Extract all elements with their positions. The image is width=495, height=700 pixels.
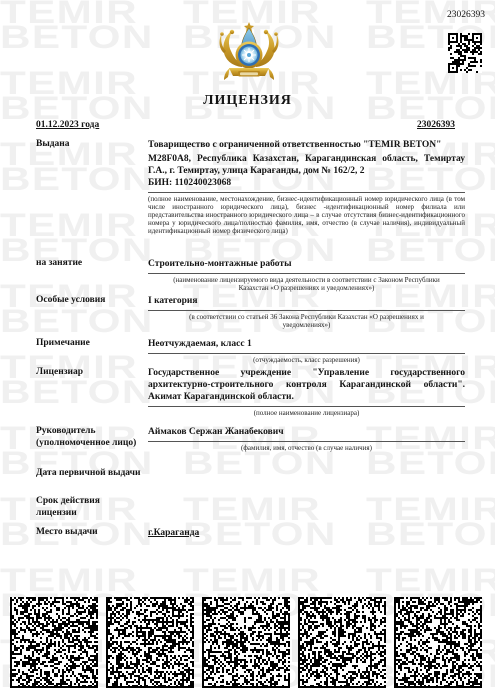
- field-issued: Выдана Товарищество с ограниченной ответ…: [36, 139, 465, 235]
- datamatrix-barcode-2: [106, 597, 194, 688]
- license-number: 23026393: [417, 120, 455, 130]
- datamatrix-barcode-3: [202, 597, 290, 688]
- license-document-page: TEMIRBETONTEMIRBETONTEMIRBETONTEMIRBETON…: [0, 0, 495, 700]
- field-issued-label: Выдана: [36, 139, 146, 151]
- license-number-top: 23026393: [447, 10, 485, 20]
- document-title: ЛИЦЕНЗИЯ: [0, 93, 495, 109]
- field-issued-caption: (полное наименование, местонахождение, б…: [148, 192, 465, 235]
- field-licensor-label: Лицензиар: [36, 367, 146, 379]
- field-licensor: Лицензиар Государственное учреждение "Уп…: [36, 367, 465, 417]
- special-conditions-value: I категория: [148, 295, 465, 307]
- field-issue-place-label: Место выдачи: [36, 527, 146, 539]
- field-note: Примечание Неотчуждаемая, класс 1 (отчуж…: [36, 338, 465, 364]
- field-head-label: Руководитель (уполномоченное лицо): [36, 426, 146, 449]
- datamatrix-barcode-5: [394, 597, 482, 688]
- activity-value: Строительно-монтажные работы: [148, 258, 465, 270]
- field-activity-caption: (наименование лицензируемого вида деятел…: [148, 273, 465, 292]
- issue-date: 01.12.2023 года: [36, 120, 99, 130]
- field-special-conditions-caption: (в соответствии со статьей 36 Закона Рес…: [148, 310, 465, 329]
- field-head-caption: (фамилия, имя, отчество (в случае наличи…: [148, 441, 465, 452]
- field-note-caption: (отчуждаемость, класс разрешения): [148, 353, 465, 364]
- head-value: Аймаков Сержан Жанабекович: [148, 426, 465, 438]
- field-validity-label: Срок действия лицензии: [36, 496, 116, 519]
- issue-place-value: г.Караганда: [148, 527, 465, 539]
- field-activity-label: на занятие: [36, 258, 146, 270]
- licensee-bin: БИН: 110240023068: [148, 177, 465, 189]
- licensor-value: Государственное учреждение "Управление г…: [148, 367, 465, 403]
- license-content: 23026393: [0, 0, 495, 700]
- note-value: Неотчуждаемая, класс 1: [148, 338, 465, 350]
- date-number-row: 01.12.2023 года 23026393: [36, 120, 465, 130]
- datamatrix-barcode-1: [10, 597, 98, 688]
- field-first-issue-date-label: Дата первичной выдачи: [36, 468, 186, 480]
- datamatrix-barcode-4: [298, 597, 386, 688]
- licensee-name: Товарищество с ограниченной ответственно…: [148, 139, 465, 151]
- field-head: Руководитель (уполномоченное лицо) Аймак…: [36, 426, 465, 452]
- field-activity: на занятие Строительно-монтажные работы …: [36, 258, 465, 292]
- kazakhstan-emblem-icon: [214, 21, 284, 85]
- field-special-conditions-label: Особые условия: [36, 295, 146, 307]
- qr-code-icon: [448, 33, 482, 73]
- field-special-conditions: Особые условия I категория (в соответств…: [36, 295, 465, 329]
- field-licensor-caption: (полное наименование лицензиара): [148, 406, 465, 417]
- field-issue-place: Место выдачи г.Караганда: [36, 527, 465, 539]
- field-note-label: Примечание: [36, 338, 146, 350]
- licensee-address: M28F0A8, Республика Казахстан, Караганди…: [148, 153, 465, 177]
